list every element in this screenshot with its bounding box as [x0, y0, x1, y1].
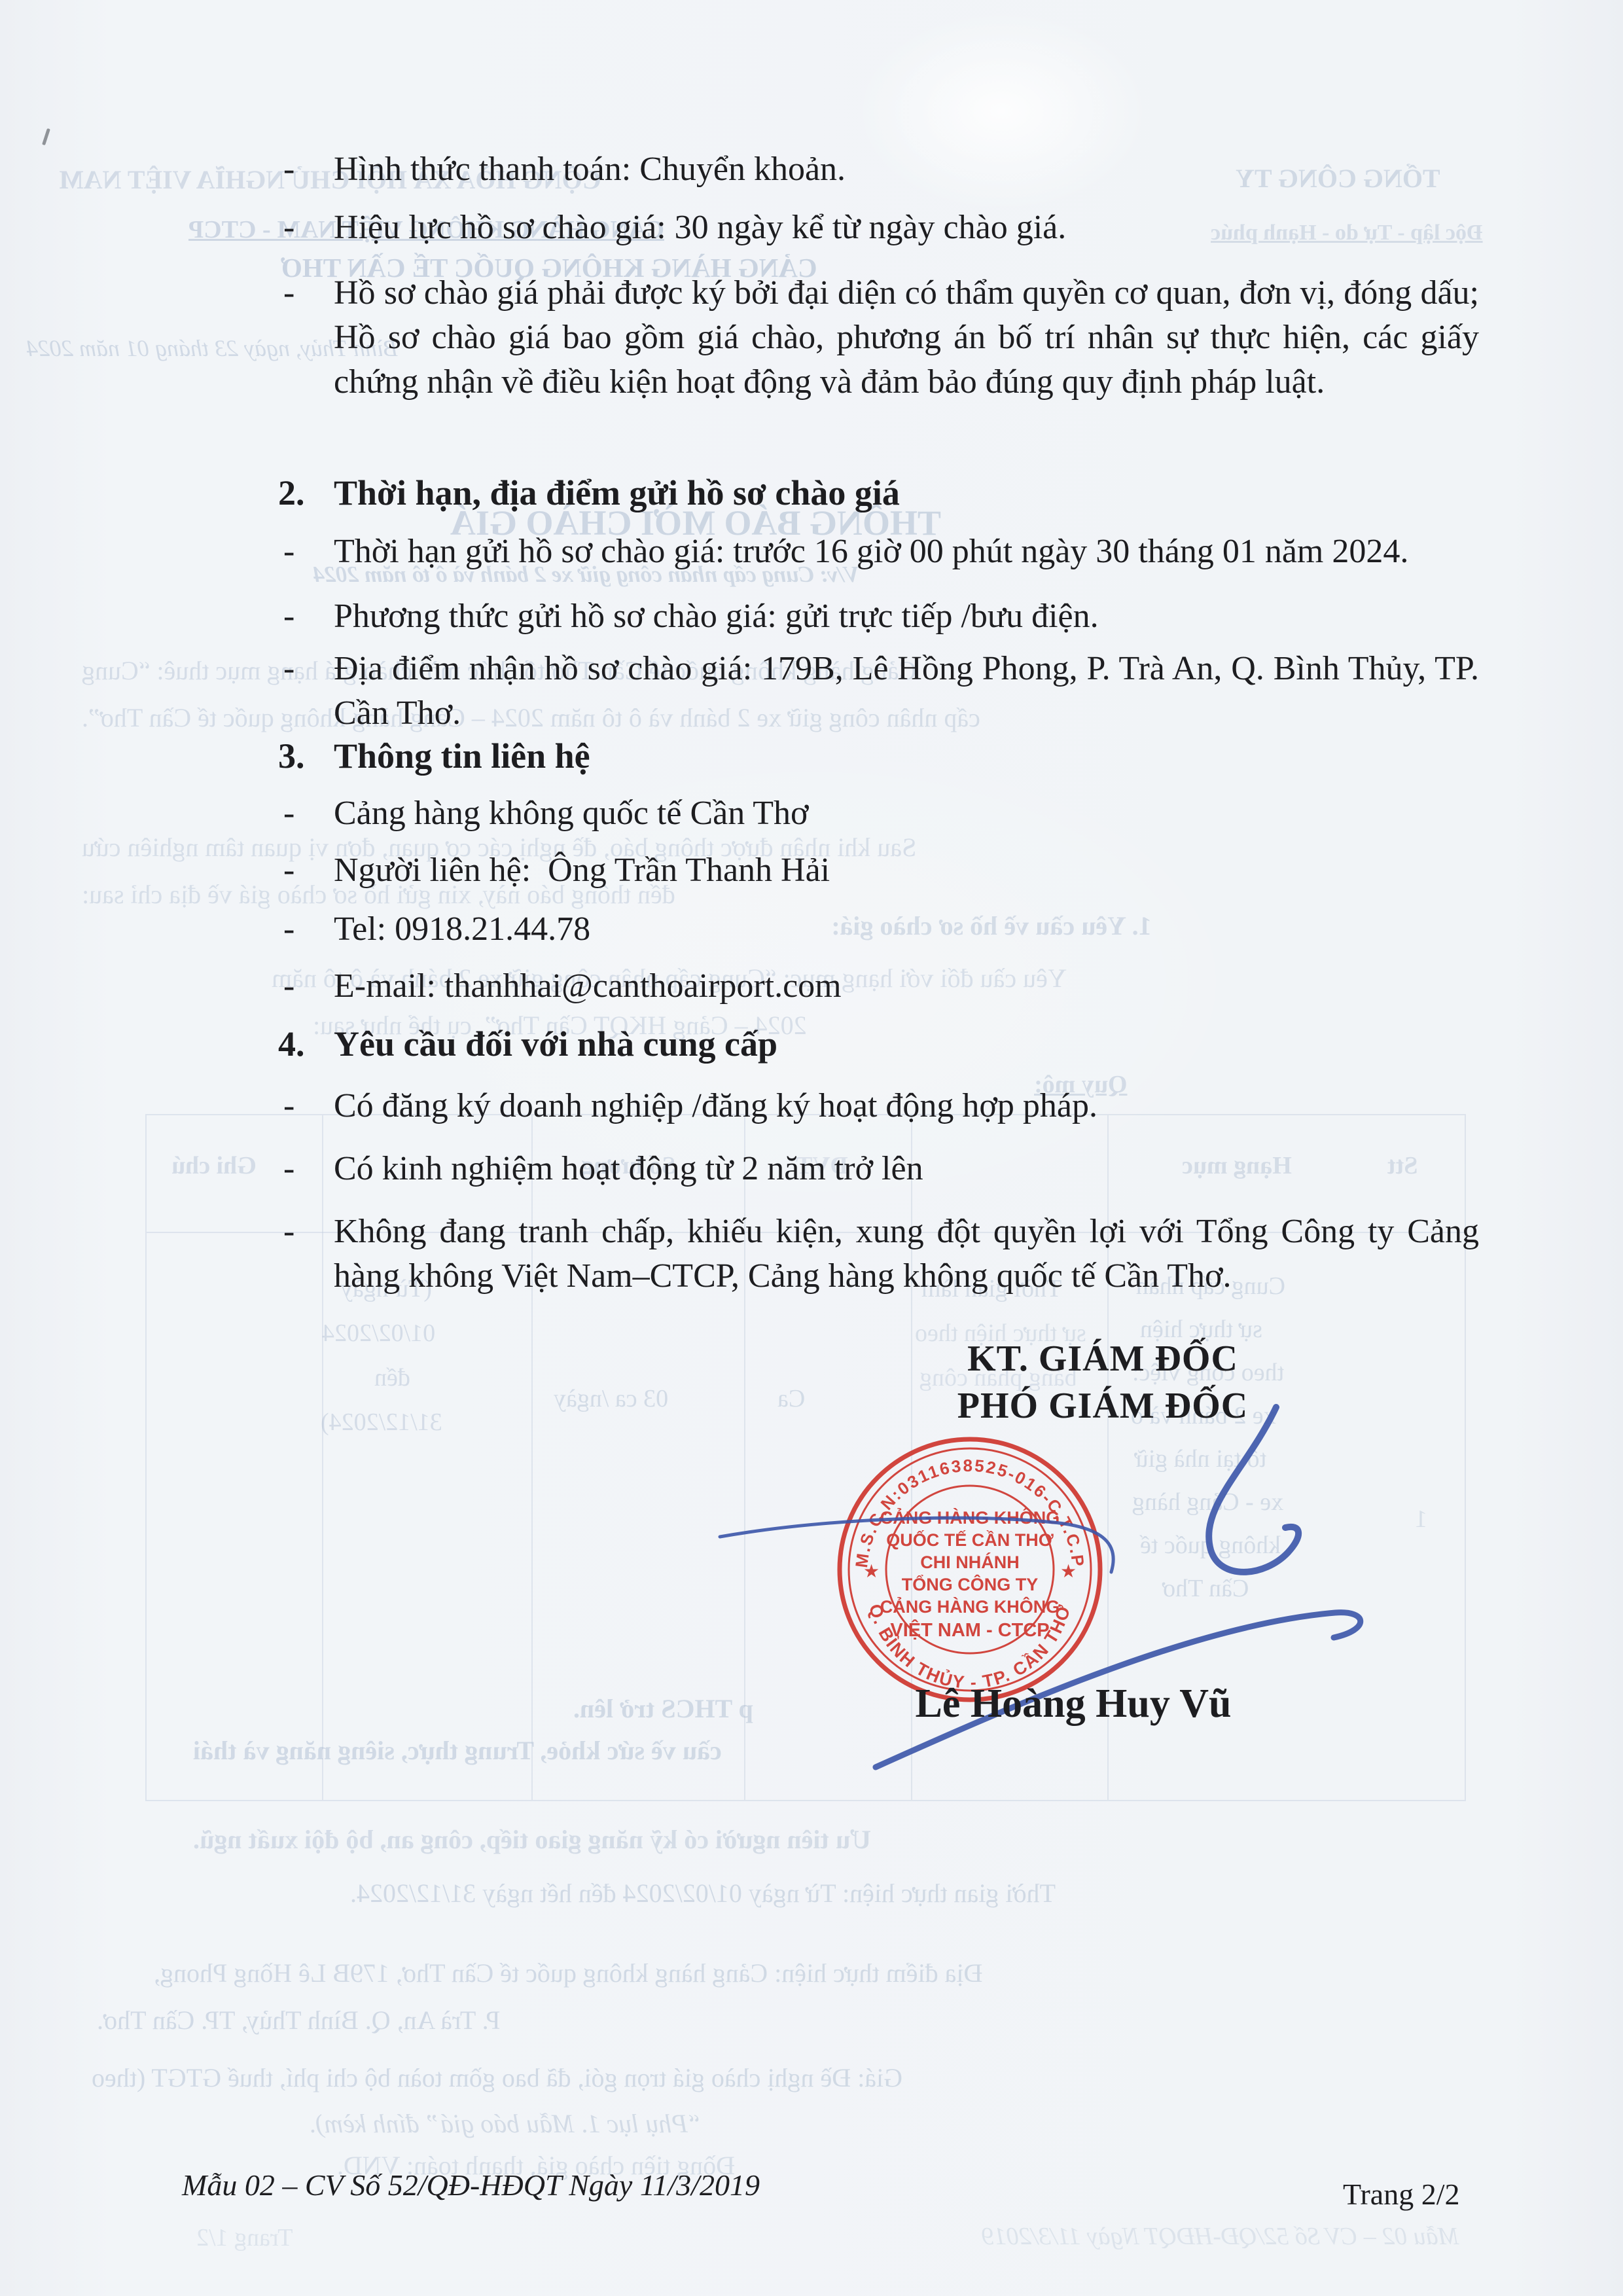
bullet-dash: -	[283, 907, 310, 952]
bleed-text: Giá: Đề nghị chào giá trọn gói, đã bao g…	[92, 2063, 902, 2093]
bullet-item: - Địa điểm nhận hồ sơ chào giá: 179B, Lê…	[278, 647, 1479, 736]
section-heading: 3. Thông tin liên hệ	[278, 733, 1479, 779]
bullet-dash: -	[283, 1210, 310, 1254]
bullet-text: Hiệu lực hồ sơ chào giá: 30 ngày kể từ n…	[334, 206, 1479, 250]
bleed-text: “Phụ lục 1. Mẫu báo giá” đính kèm).	[309, 2109, 702, 2139]
bullet-dash: -	[283, 529, 310, 574]
bleed-text: Trang 1/2	[196, 2224, 293, 2253]
scan-artifact-mark	[42, 128, 50, 145]
bullet-text: Địa điểm nhận hồ sơ chào giá: 179B, Lê H…	[334, 647, 1479, 736]
contact-phone: Tel: 0918.21.44.78	[334, 907, 1479, 952]
page-number: Trang 2/2	[1343, 2177, 1460, 2212]
contact-person: Người liên hệ: Ông Trần Thanh Hải	[334, 848, 1479, 893]
bullet-dash: -	[283, 594, 310, 639]
section-number: 4.	[278, 1021, 305, 1067]
bleed-text: Ưu tiên người có kỹ năng giao tiếp, công…	[193, 1825, 871, 1855]
bullet-item: - Có đăng ký doanh nghiệp /đăng ký hoạt …	[278, 1084, 1479, 1128]
bleed-table-cell: 01/02/2024	[322, 1319, 435, 1348]
contact-email: E-mail: thanhhai@canthoairport.com	[334, 964, 1479, 1009]
bullet-item: - Hiệu lực hồ sơ chào giá: 30 ngày kể từ…	[278, 206, 1479, 250]
bleed-text: cầu về sức khỏe, Trung thực, siêng năng …	[193, 1736, 722, 1766]
bleed-table-cell: 03 ca /ngày	[554, 1385, 668, 1414]
bleed-text: Mẫu 02 – CV Số 52/QĐ-HĐQT Ngày 11/3/2019	[982, 2223, 1459, 2251]
section-title: Thời hạn, địa điểm gửi hồ sơ chào giá	[334, 470, 1479, 516]
bullet-dash: -	[283, 1084, 310, 1128]
bullet-item: - Thời hạn gửi hồ sơ chào giá: trước 16 …	[278, 529, 1479, 574]
handwritten-signature	[687, 1361, 1420, 1806]
bullet-dash: -	[283, 791, 310, 836]
bullet-text: Cảng hàng không quốc tế Cần Thơ	[334, 791, 1479, 836]
bullet-dash: -	[283, 1147, 310, 1191]
bullet-text: Không đang tranh chấp, khiếu kiện, xung …	[334, 1210, 1479, 1299]
section-number: 3.	[278, 733, 305, 779]
bullet-item: - Tel: 0918.21.44.78	[278, 907, 1479, 952]
bullet-item: - Phương thức gửi hồ sơ chào giá: gửi tr…	[278, 594, 1479, 639]
bleed-table-cell: 31/12/2024)	[321, 1408, 442, 1437]
scanned-document-page: CỘNG HÒA XÃ HỘI CHỦ NGHĨA VIỆT NAM TỔNG …	[0, 0, 1623, 2296]
section-title: Yêu cầu đối với nhà cung cấp	[334, 1021, 1479, 1067]
bullet-text: Hình thức thanh toán: Chuyển khoản.	[334, 147, 1479, 192]
bullet-item: - Người liên hệ: Ông Trần Thanh Hải	[278, 848, 1479, 893]
bullet-item: - Có kinh nghiệm hoạt động từ 2 năm trở …	[278, 1147, 1479, 1191]
bullet-dash: -	[283, 848, 310, 893]
bullet-dash: -	[283, 271, 310, 315]
bullet-text: Phương thức gửi hồ sơ chào giá: gửi trực…	[334, 594, 1479, 639]
bullet-item: - Hình thức thanh toán: Chuyển khoản.	[278, 147, 1479, 192]
section-title: Thông tin liên hệ	[334, 733, 1479, 779]
bullet-text: Hồ sơ chào giá phải được ký bởi đại diện…	[334, 271, 1479, 404]
bullet-item: - Không đang tranh chấp, khiếu kiện, xun…	[278, 1210, 1479, 1299]
bullet-text: Có đăng ký doanh nghiệp /đăng ký hoạt độ…	[334, 1084, 1479, 1128]
section-heading: 4. Yêu cầu đối với nhà cung cấp	[278, 1021, 1479, 1067]
bullet-dash: -	[283, 647, 310, 691]
section-heading: 2. Thời hạn, địa điểm gửi hồ sơ chào giá	[278, 470, 1479, 516]
bullet-dash: -	[283, 147, 310, 192]
bullet-item: - Cảng hàng không quốc tế Cần Thơ	[278, 791, 1479, 836]
bullet-text: Có kinh nghiệm hoạt động từ 2 năm trở lê…	[334, 1147, 1479, 1191]
bleed-text: P. Trà An, Q. Bình Thủy, TP. Cần Thơ.	[97, 2005, 500, 2036]
bullet-text: Thời hạn gửi hồ sơ chào giá: trước 16 gi…	[334, 529, 1479, 574]
bleed-text: Địa điểm thực hiện: Cảng hàng không quốc…	[154, 1958, 982, 1988]
bullet-dash: -	[283, 206, 310, 250]
bleed-table-header: Ghi chú	[171, 1152, 257, 1181]
signer-name: Lê Hoàng Huy Vũ	[821, 1681, 1325, 1727]
footer-form-reference: Mẫu 02 – CV Số 52/QĐ-HĐQT Ngày 11/3/2019	[182, 2168, 760, 2202]
bullet-item: - Hồ sơ chào giá phải được ký bởi đại di…	[278, 271, 1479, 404]
bullet-item: - E-mail: thanhhai@canthoairport.com	[278, 964, 1479, 1009]
bleed-text: Thời gian thực hiện: Từ ngày 01/02/2024 …	[350, 1878, 1056, 1909]
bullet-dash: -	[283, 964, 310, 1009]
bleed-table-cell: đến	[374, 1364, 410, 1393]
section-number: 2.	[278, 470, 305, 516]
